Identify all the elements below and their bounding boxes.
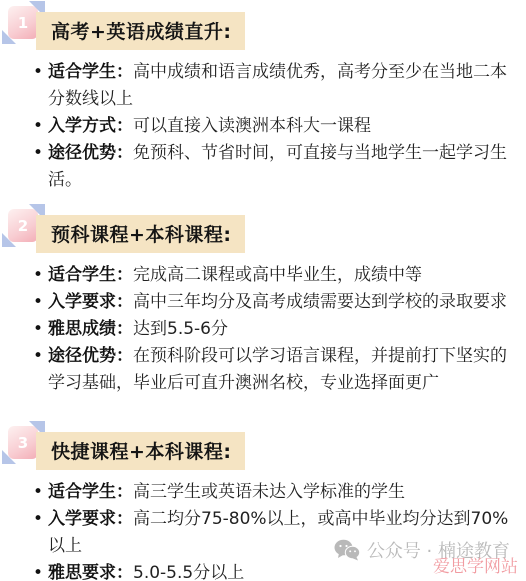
item-text: 达到5.5-6分 (133, 319, 228, 339)
item-label: 入学要求： (48, 292, 133, 312)
section-number-badge: 1 (8, 6, 38, 39)
list-item: 适合学生：完成高二课程或高中毕业生，成绩中等 (33, 262, 511, 289)
section-direct-entry: 1 高考+英语成绩直升: 适合学生：高中成绩和语言成绩优秀，高考分至少在当地二本… (0, 6, 526, 194)
item-label: 适合学生： (48, 482, 133, 502)
section-number-badge: 2 (8, 209, 38, 242)
item-label: 雅思成绩： (48, 319, 133, 339)
list-item: 途径优势：免预科、节省时间，可直接与当地学生一起学习生活。 (33, 140, 511, 194)
section-header: 2 预科课程+本科课程: (0, 209, 526, 249)
section-title: 快捷课程+本科课程: (36, 432, 245, 470)
item-text: 可以直接入读澳洲本科大一课程 (133, 116, 371, 136)
section-number: 2 (18, 217, 28, 235)
bullet-list: 适合学生：完成高二课程或高中毕业生，成绩中等 入学要求：高中三年均分及高考成绩需… (33, 262, 511, 397)
section-number-badge: 3 (8, 426, 38, 459)
item-text: 高中三年均分及高考成绩需要达到学校的录取要求 (133, 292, 507, 312)
item-label: 途径优势： (48, 346, 133, 366)
item-text: 高三学生或英语未达入学标准的学生 (133, 482, 405, 502)
item-label: 入学要求： (48, 509, 133, 529)
item-label: 适合学生： (48, 62, 133, 82)
section-title: 高考+英语成绩直升: (36, 12, 245, 50)
infographic-page: { "colors": { "title_box_bg": "#f5e4c3",… (0, 0, 526, 581)
list-item: 雅思成绩：达到5.5-6分 (33, 316, 511, 343)
section-foundation: 2 预科课程+本科课程: 适合学生：完成高二课程或高中毕业生，成绩中等 入学要求… (0, 209, 526, 397)
item-label: 途径优势： (48, 143, 133, 163)
section-header: 3 快捷课程+本科课程: (0, 426, 526, 466)
list-item: 适合学生：高三学生或英语未达入学标准的学生 (33, 479, 511, 506)
item-text: 完成高二课程或高中毕业生，成绩中等 (133, 265, 422, 285)
section-header: 1 高考+英语成绩直升: (0, 6, 526, 46)
bullet-list: 适合学生：高中成绩和语言成绩优秀，高考分至少在当地二本分数线以上 入学方式：可以… (33, 59, 511, 194)
list-item: 入学方式：可以直接入读澳洲本科大一课程 (33, 113, 511, 140)
list-item: 入学要求：高中三年均分及高考成绩需要达到学校的录取要求 (33, 289, 511, 316)
item-label: 入学方式： (48, 116, 133, 136)
item-label: 适合学生： (48, 265, 133, 285)
item-text: 5.0-5.5分以上 (133, 563, 244, 581)
site-watermark: 爱思学网站 (433, 552, 518, 577)
section-title: 预科课程+本科课程: (36, 215, 245, 253)
section-number: 1 (18, 14, 28, 32)
list-item: 适合学生：高中成绩和语言成绩优秀，高考分至少在当地二本分数线以上 (33, 59, 511, 113)
wechat-icon (334, 539, 360, 561)
watermark: 公众号 · 楠途教育 爱思学网站 (338, 537, 518, 577)
list-item: 途径优势：在预科阶段可以学习语言课程，并提前打下坚实的学习基础，毕业后可直升澳洲… (33, 343, 511, 397)
section-number: 3 (18, 434, 28, 452)
item-label: 雅思要求： (48, 563, 133, 581)
